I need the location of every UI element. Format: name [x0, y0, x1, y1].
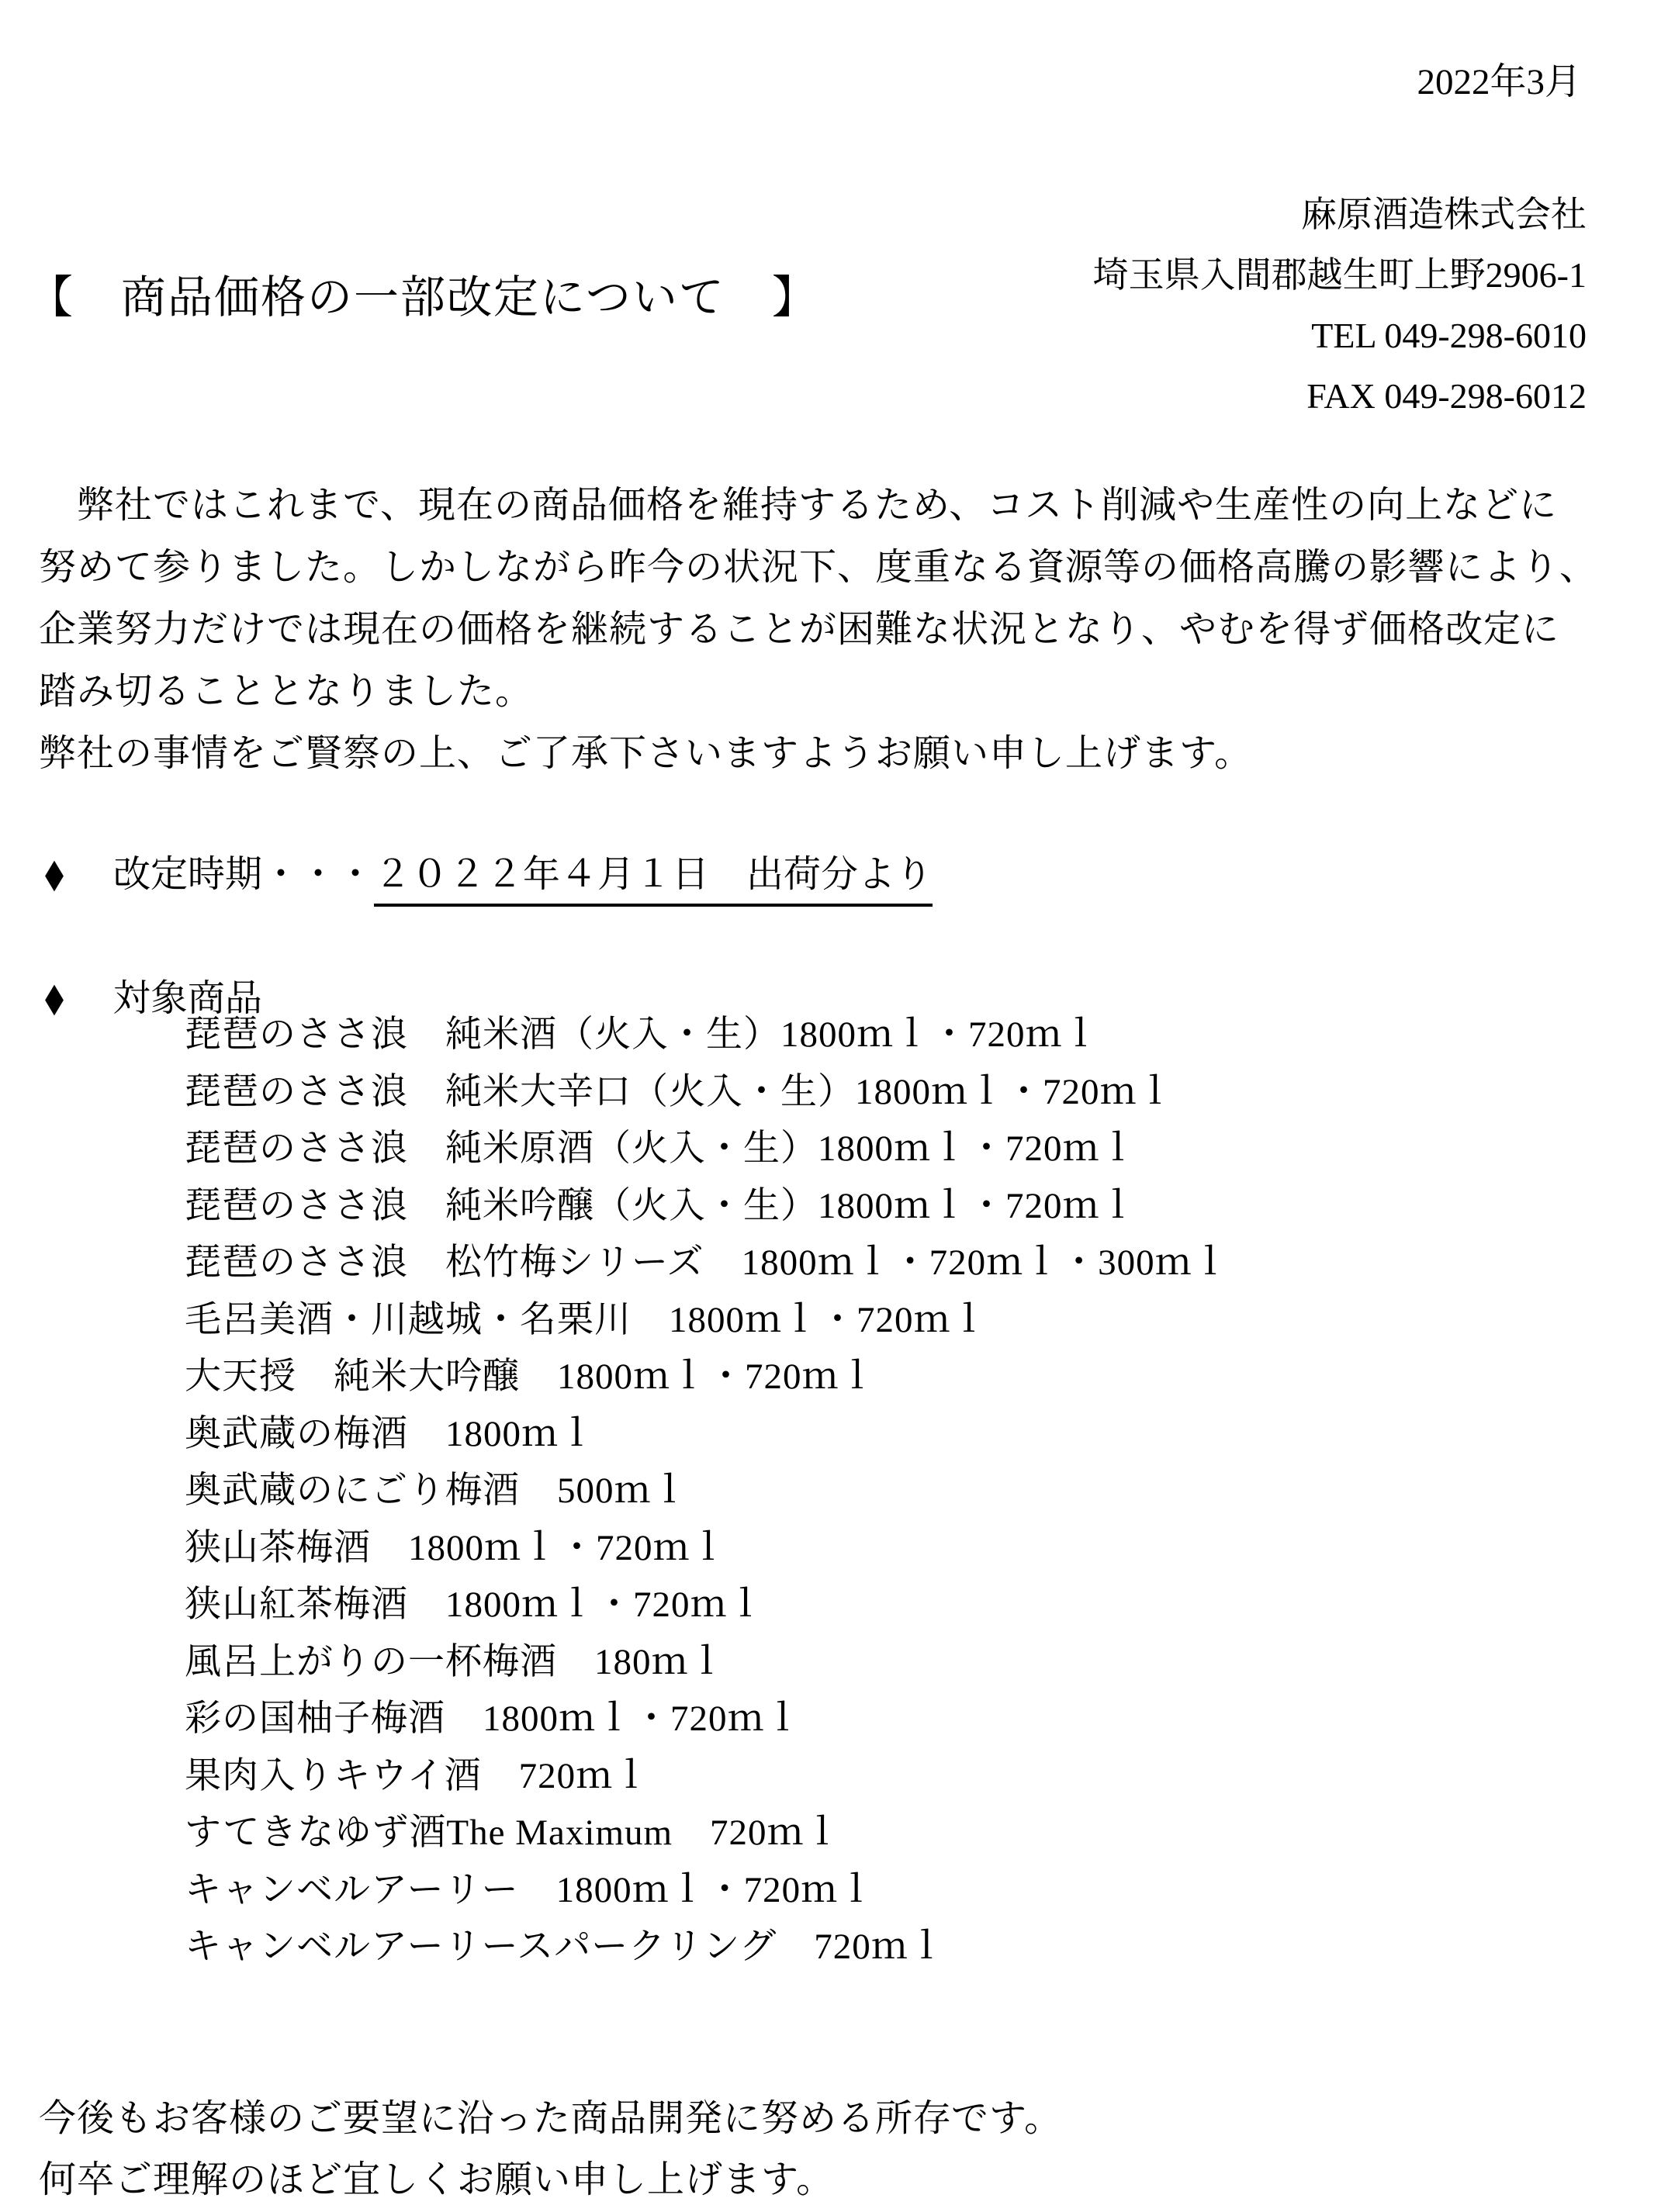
closing-line: 今後もお客様のご要望に沿った商品開発に努める所存です。: [39, 2088, 1062, 2149]
product-item: 狭山茶梅酒 1800ｍｌ・720ｍｌ: [185, 1520, 1230, 1578]
company-block: 麻原酒造株式会社 埼玉県入間郡越生町上野2906-1 TEL 049-298-6…: [1093, 185, 1587, 427]
document-page: 2022年3月 麻原酒造株式会社 埼玉県入間郡越生町上野2906-1 TEL 0…: [0, 0, 1668, 2212]
diamond-bullet-icon: ◆: [45, 974, 64, 1021]
revision-period-line: ◆改定時期・・・２０２２年４月１日 出荷分より: [45, 844, 933, 907]
product-item: キャンベルアーリースパークリング 720ｍｌ: [185, 1919, 1230, 1976]
product-item: 奥武蔵のにごり梅酒 500ｍｌ: [185, 1463, 1230, 1520]
diamond-bullet-icon: ◆: [45, 850, 64, 897]
product-item: 琵琶のささ浪 純米大辛口（火入・生）1800ｍｌ・720ｍｌ: [185, 1064, 1230, 1122]
product-item: 風呂上がりの一杯梅酒 180ｍｌ: [185, 1634, 1230, 1692]
body-paragraph: 弊社ではこれまで、現在の商品価格を維持するため、コスト削減や生産性の向上などに …: [39, 475, 1597, 785]
closing-block: 今後もお客様のご要望に沿った商品開発に努める所存です。 何卒ご理解のほど宜しくお…: [39, 2088, 1062, 2210]
product-item: キャンベルアーリー 1800ｍｌ・720ｍｌ: [185, 1862, 1230, 1920]
product-list: 琵琶のささ浪 純米酒（火入・生）1800ｍｌ・720ｍｌ 琵琶のささ浪 純米大辛…: [185, 1007, 1230, 1976]
company-tel: TEL 049-298-6010: [1093, 306, 1587, 366]
product-item: すてきなゆず酒The Maximum 720ｍｌ: [185, 1805, 1230, 1862]
product-item: 琵琶のささ浪 純米吟醸（火入・生）1800ｍｌ・720ｍｌ: [185, 1178, 1230, 1236]
product-item: 琵琶のささ浪 純米原酒（火入・生）1800ｍｌ・720ｍｌ: [185, 1121, 1230, 1178]
product-item: 果肉入りキウイ酒 720ｍｌ: [185, 1748, 1230, 1806]
company-fax: FAX 049-298-6012: [1093, 366, 1587, 427]
body-line: 努めて参りました。しかしながら昨今の状況下、度重なる資源等の価格高騰の影響により…: [39, 537, 1597, 599]
revision-period-value: ２０２２年４月１日 出荷分より: [374, 844, 933, 907]
product-item: 奥武蔵の梅酒 1800ｍｌ: [185, 1406, 1230, 1464]
product-item: 狭山紅茶梅酒 1800ｍｌ・720ｍｌ: [185, 1577, 1230, 1634]
product-item: 大天授 純米大吟醸 1800ｍｌ・720ｍｌ: [185, 1349, 1230, 1406]
product-item: 琵琶のささ浪 純米酒（火入・生）1800ｍｌ・720ｍｌ: [185, 1007, 1230, 1064]
closing-line: 何卒ご理解のほど宜しくお願い申し上げます。: [39, 2149, 1062, 2210]
product-item: 琵琶のささ浪 松竹梅シリーズ 1800ｍｌ・720ｍｌ・300ｍｌ: [185, 1235, 1230, 1292]
company-name: 麻原酒造株式会社: [1093, 185, 1587, 245]
product-item: 彩の国柚子梅酒 1800ｍｌ・720ｍｌ: [185, 1691, 1230, 1748]
page-title: 【 商品価格の一部改定について 】: [28, 261, 818, 326]
body-line: 弊社の事情をご賢察の上、ご了承下さいますようお願い申し上げます。: [39, 723, 1597, 785]
company-address: 埼玉県入間郡越生町上野2906-1: [1093, 245, 1587, 306]
revision-period-label: 改定時期・・・: [113, 854, 374, 895]
body-line: 踏み切ることとなりました。: [39, 661, 1597, 723]
body-line: 企業努力だけでは現在の価格を継続することが困難な状況となり、やむを得ず価格改定に: [39, 599, 1597, 661]
body-line: 弊社ではこれまで、現在の商品価格を維持するため、コスト削減や生産性の向上などに: [39, 475, 1597, 537]
product-item: 毛呂美酒・川越城・名栗川 1800ｍｌ・720ｍｌ: [185, 1292, 1230, 1350]
document-date: 2022年3月: [1417, 53, 1582, 105]
